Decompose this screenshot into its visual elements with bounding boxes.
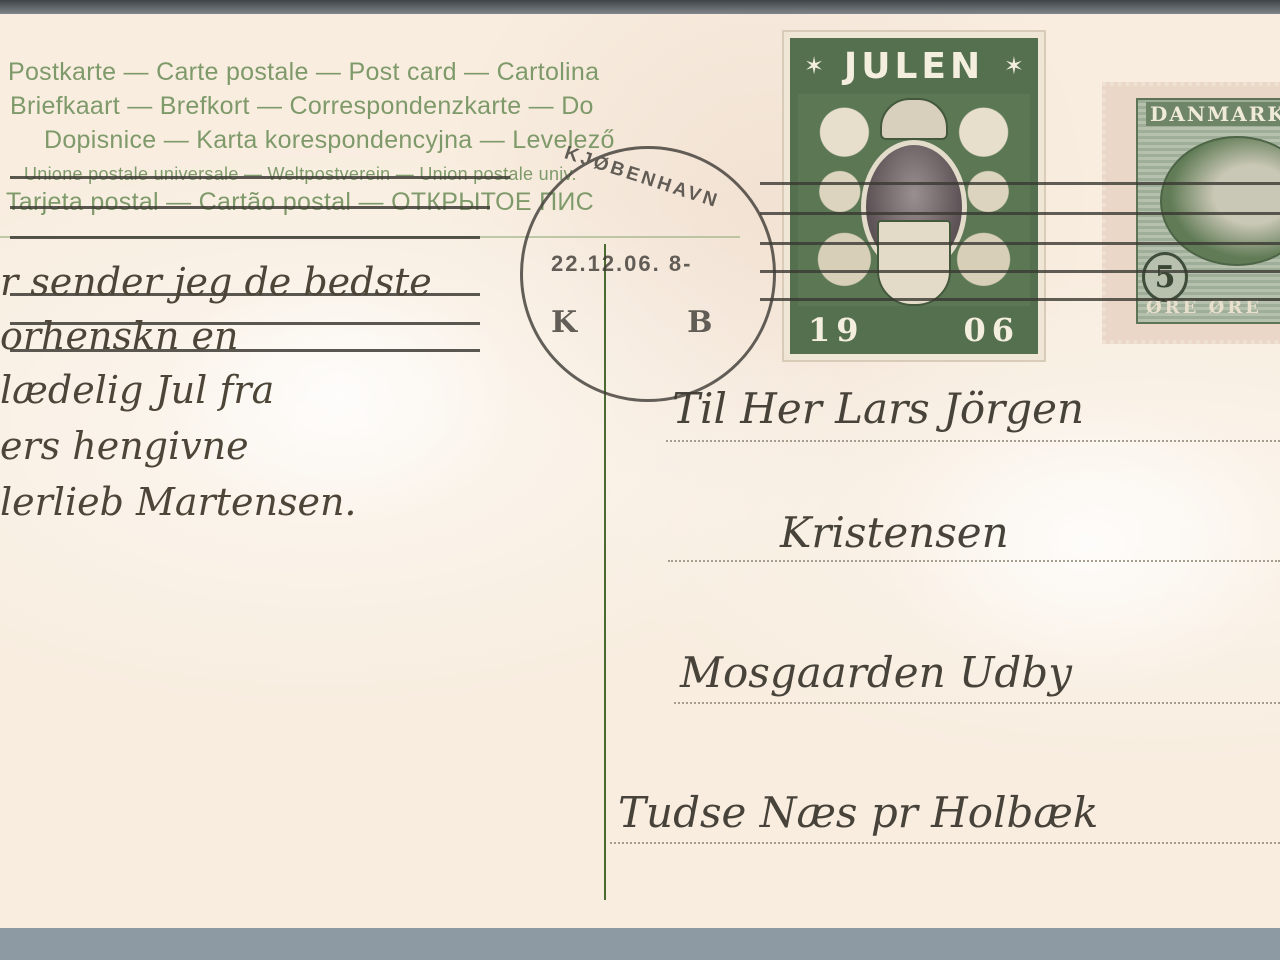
year-right: 06 [963, 311, 1020, 349]
cancel-line [10, 176, 510, 179]
address-line: Kristensen [780, 508, 1009, 557]
address-rule [610, 842, 1280, 844]
message-line: r sender jeg de bedste [0, 260, 432, 304]
crown-icon [880, 98, 948, 140]
background-strip-bottom [0, 928, 1280, 960]
address-rule [674, 702, 1280, 704]
king-portrait [1160, 136, 1280, 266]
stamp-value: 5 [1142, 252, 1188, 302]
cancel-line [760, 182, 1280, 185]
header-line: Dopisnice — Karta korespondencyjna — Lev… [44, 126, 615, 155]
julen-ornament [798, 94, 1030, 306]
header-line: Briefkaart — Brefkort — Correspondenzkar… [10, 92, 594, 121]
postmark: KJØBENHAVN 22.12.06. 8- KB [520, 146, 776, 402]
cancel-line [10, 236, 480, 239]
star-icon: ✶ [804, 52, 824, 80]
stamp-country: DANMARK [1146, 102, 1280, 126]
stamp-frame: DANMARK 5 5 ØRE ØRE [1136, 98, 1280, 324]
julen-title: ✶ JULEN ✶ [790, 44, 1038, 88]
julen-christmas-seal: ✶ JULEN ✶ 19 06 [784, 32, 1044, 360]
year-left: 19 [808, 311, 865, 349]
address-line: Tudse Næs pr Holbæk [618, 788, 1098, 837]
postmark-code-left: K [551, 305, 577, 340]
postcard: Postkarte — Carte postale — Post card — … [0, 14, 1280, 930]
cancel-line [760, 242, 1280, 245]
address-line: Til Her Lars Jörgen [672, 384, 1084, 433]
postmark-date: 22.12.06. 8- [551, 251, 692, 277]
address-line: Mosgaarden Udby [680, 648, 1072, 697]
message-line: lædelig Jul fra [0, 368, 274, 412]
coat-of-arms-icon [877, 220, 951, 306]
cancel-line [760, 298, 1280, 301]
header-line: Postkarte — Carte postale — Post card — … [8, 58, 599, 87]
message-line: orhenskn en [0, 314, 239, 358]
julen-year: 19 06 [790, 310, 1038, 350]
cancel-line [760, 212, 1280, 215]
address-rule [666, 440, 1280, 442]
header-line: Tarjeta postal — Cartão postal — ОТКРЫТО… [6, 188, 594, 217]
postmark-city: KJØBENHAVN [562, 143, 722, 214]
julen-label: JULEN [844, 46, 984, 87]
postmark-code: KB [551, 305, 712, 340]
message-line: ers hengivne [0, 424, 249, 468]
cancel-line [760, 270, 1280, 273]
address-rule [668, 560, 1280, 562]
star-icon: ✶ [1004, 52, 1024, 80]
header-line: Unione postale universale — Weltpostvere… [24, 164, 577, 185]
message-line: lerlieb Martensen. [0, 480, 357, 524]
postmark-code-right: B [687, 305, 712, 340]
cancel-line [10, 206, 490, 209]
